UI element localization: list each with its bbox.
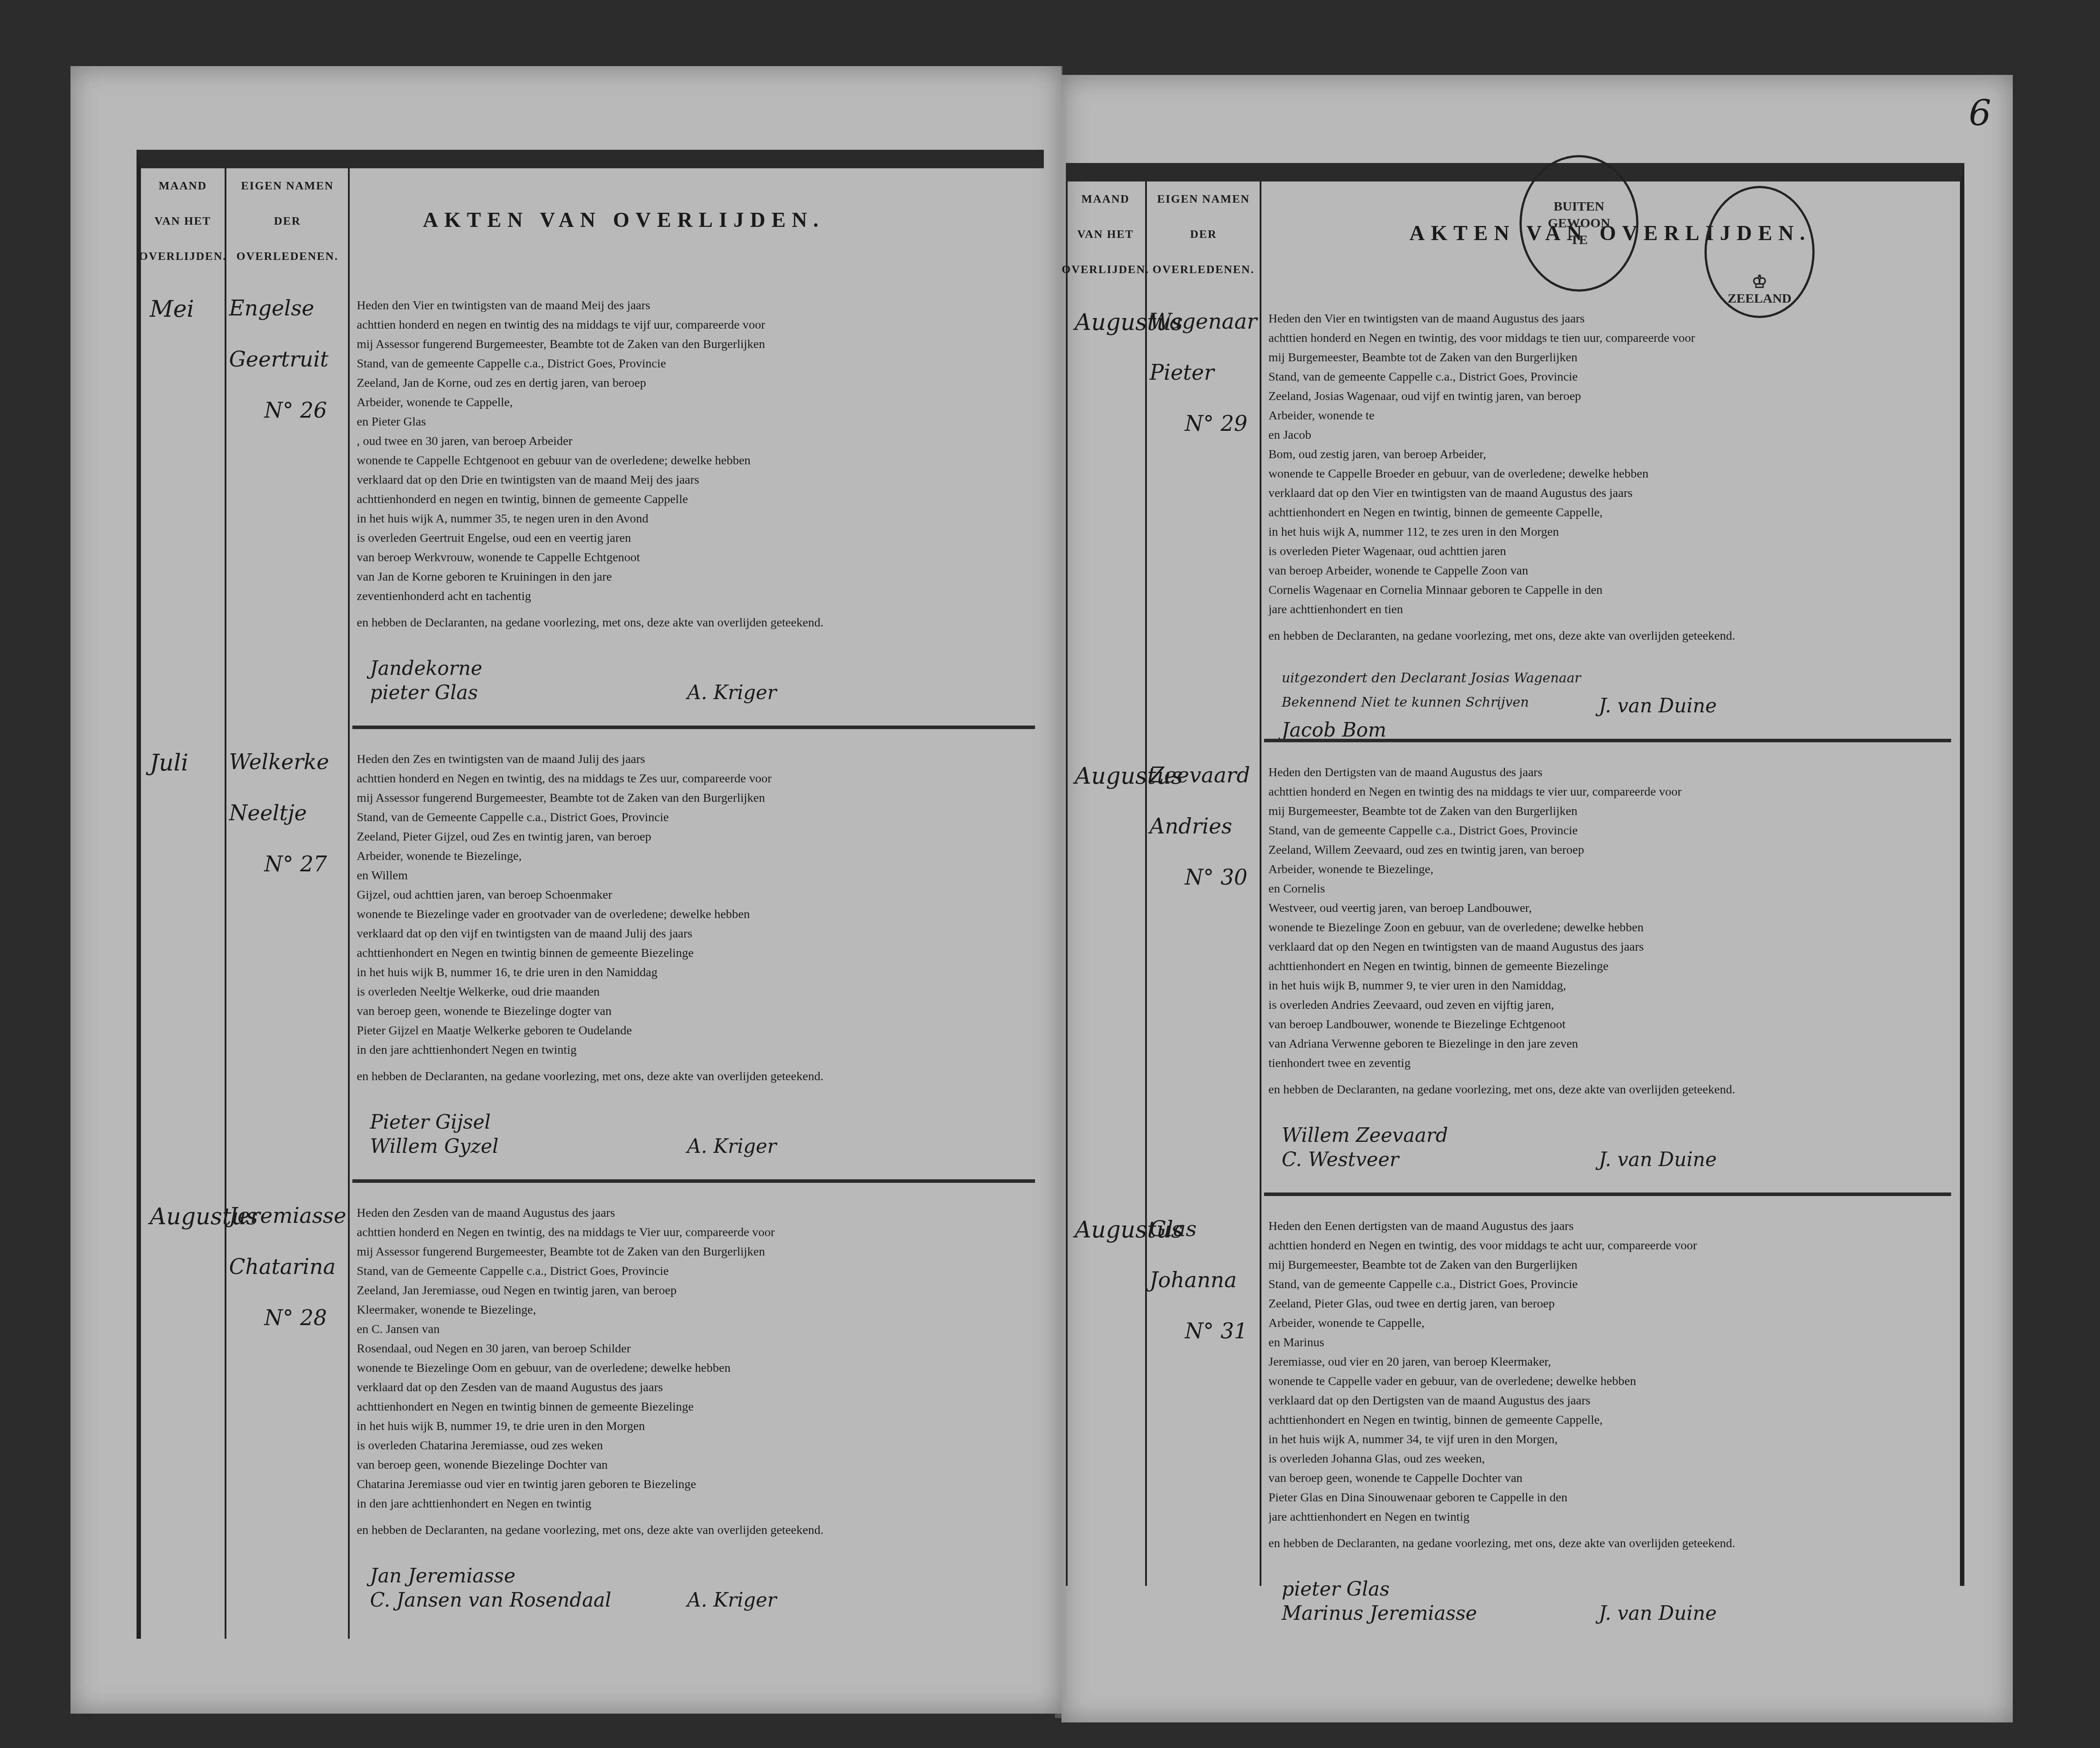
record-line: in het huis wijk B, nummer 9, te vier ur…: [1268, 976, 1956, 996]
deceased-name: JeremiasseChatarinaN° 28: [229, 1204, 346, 1330]
record-line: en Cornelis: [1268, 879, 1956, 899]
record-line: verklaard dat op den vijf en twintigsten…: [357, 924, 1031, 944]
record-separator: [352, 1179, 1035, 1183]
record-line: Zeeland, Pieter Gijzel, oud Zes en twint…: [357, 827, 1031, 847]
record-separator: [1264, 739, 1951, 742]
deceased-surname: Engelse: [229, 296, 329, 321]
deceased-surname: Wagenaar: [1150, 309, 1257, 334]
record-line: Heden den Zes en twintigsten van de maan…: [357, 750, 1031, 769]
record-line: Zeeland, Josias Wagenaar, oud vijf en tw…: [1268, 387, 1956, 406]
record-line: en hebben de Declaranten, na gedane voor…: [357, 1514, 1031, 1547]
header-text: VAN HET: [1077, 228, 1134, 241]
record-line: in den jare achttienhondert en Negen en …: [357, 1494, 1031, 1514]
record-line: wonende te Cappelle Broeder en gebuur, v…: [1268, 464, 1956, 484]
record-line: van Adriana Verwenne geboren te Biezelin…: [1268, 1034, 1956, 1054]
deceased-name: WagenaarPieterN° 29: [1150, 309, 1257, 436]
deceased-name: ZeevaardAndriesN° 30: [1150, 763, 1250, 890]
deceased-name: EngelseGeertruitN° 26: [229, 296, 329, 423]
record-line: is overleden Johanna Glas, oud zes weeke…: [1268, 1449, 1956, 1469]
record-line: achttien honderd en Negen en twintig, de…: [357, 1223, 1031, 1242]
stamp-text: GEWOON: [1548, 215, 1610, 232]
record-line: verklaard dat op den Zesden van de maand…: [357, 1378, 1031, 1397]
record-line: jare achttienhondert en Negen en twintig: [1268, 1507, 1956, 1527]
record-line: wonende te Cappelle Echtgenoot en gebuur…: [357, 451, 1031, 470]
signature: A. Kriger: [687, 1589, 776, 1611]
record-line: jare achttienhondert en tien: [1268, 600, 1956, 619]
record-line: mij Assessor fungerend Burgemeester, Bea…: [357, 1242, 1031, 1262]
record-line: Arbeider, wonende te Cappelle,: [357, 393, 1031, 412]
record-line: mij Assessor fungerend Burgemeester, Bea…: [357, 335, 1031, 354]
record-line: achttienhondert en Negen en twintig binn…: [357, 944, 1031, 963]
record-line: en Pieter Glas: [357, 412, 1031, 432]
record-line: verklaard dat op den Vier en twintigsten…: [1268, 484, 1956, 503]
deceased-surname: Jeremiasse: [229, 1204, 346, 1228]
death-record: AugustusWagenaarPieterN° 29Heden den Vie…: [1066, 292, 1960, 737]
record-line: achttienhondert en Negen en twintig, bin…: [1268, 957, 1956, 976]
header-text: DER: [274, 215, 301, 228]
record-line: Heden den Dertigsten van de maand August…: [1268, 763, 1956, 782]
record-line: achttien honderd en Negen en twintig, de…: [357, 769, 1031, 789]
signature: Jan Jeremiasse: [370, 1565, 515, 1587]
record-line: achttien honderd en Negen en twintig, de…: [1268, 329, 1956, 348]
header-text: VAN HET: [155, 215, 211, 228]
left-page: MAAND VAN HET OVERLIJDEN. EIGEN NAMEN DE…: [70, 66, 1061, 1714]
record-line: en Willem: [357, 866, 1031, 885]
record-separator: [352, 726, 1035, 729]
deceased-number: N° 29: [1150, 411, 1257, 436]
signature: C. Westveer: [1282, 1148, 1399, 1171]
signature: uitgezondert den Declarant Josias Wagena…: [1282, 670, 1581, 686]
record-line: achttien honderd en negen en twintig des…: [357, 315, 1031, 335]
deceased-name: WelkerkeNeeltjeN° 27: [229, 750, 329, 877]
signature: pieter Glas: [1282, 1578, 1390, 1600]
signature: A. Kriger: [687, 681, 776, 704]
record-line: en hebben de Declaranten, na gedane voor…: [357, 606, 1031, 639]
record-line: wonende te Biezelinge Zoon en gebuur, va…: [1268, 918, 1956, 937]
record-line: Pieter Glas en Dina Sinouwenaar geboren …: [1268, 1488, 1956, 1507]
deceased-given-name: Chatarina: [229, 1255, 346, 1279]
header-text: OVERLEDENEN.: [237, 250, 338, 263]
record-line: verklaard dat op den Negen en twintigste…: [1268, 937, 1956, 957]
record-line: achttienhonderd en negen en twintig, bin…: [357, 490, 1031, 509]
record-line: verklaard dat op den Drie en twintigsten…: [357, 470, 1031, 490]
record-line: en hebben de Declaranten, na gedane voor…: [357, 1060, 1031, 1093]
record-line: Zeeland, Willem Zeevaard, oud zes en twi…: [1268, 841, 1956, 860]
record-line: Cornelis Wagenaar en Cornelia Minnaar ge…: [1268, 581, 1956, 600]
record-line: mij Burgemeester, Beambte tot de Zaken v…: [1268, 1255, 1956, 1275]
record-line: Stand, van de gemeente Cappelle c.a., Di…: [357, 354, 1031, 374]
stamp-text: BUITEN: [1553, 198, 1604, 215]
deceased-number: N° 27: [229, 852, 329, 877]
tax-stamp-icon: BUITEN GEWOON TE: [1520, 155, 1638, 292]
death-record: JuliWelkerkeNeeltjeN° 27Heden den Zes en…: [141, 732, 1044, 1177]
record-line: Westveer, oud veertig jaren, van beroep …: [1268, 899, 1956, 918]
record-line: Stand, van de gemeente Cappelle c.a., Di…: [1268, 821, 1956, 841]
signature: Willem Zeevaard: [1282, 1124, 1448, 1147]
deceased-number: N° 28: [229, 1306, 346, 1330]
deceased-number: N° 30: [1150, 865, 1250, 890]
record-line: en hebben de Declaranten, na gedane voor…: [1268, 1527, 1956, 1560]
record-text: Heden den Dertigsten van de maand August…: [1268, 763, 1956, 1106]
header-text: DER: [1190, 228, 1217, 241]
record-line: Chatarina Jeremiasse oud vier en twintig…: [357, 1475, 1031, 1494]
record-line: Stand, van de gemeente Cappelle c.a., Di…: [1268, 1275, 1956, 1294]
record-line: Heden den Vier en twintigsten van de maa…: [1268, 309, 1956, 329]
signature: Pieter Gijsel: [370, 1111, 491, 1133]
record-line: van beroep geen, wonende te Cappelle Doc…: [1268, 1469, 1956, 1488]
signature: pieter Glas: [370, 681, 478, 704]
signature: J. van Duine: [1599, 695, 1717, 717]
record-line: en hebben de Declaranten, na gedane voor…: [1268, 619, 1956, 652]
record-line: Stand, van de Gemeente Cappelle c.a., Di…: [357, 1262, 1031, 1281]
record-line: van beroep Werkvrouw, wonende te Cappell…: [357, 548, 1031, 567]
record-line: is overleden Neeltje Welkerke, oud drie …: [357, 982, 1031, 1002]
record-line: tienhondert twee en zeventig: [1268, 1054, 1956, 1073]
stamp-text: TE: [1570, 232, 1588, 248]
record-line: in het huis wijk A, nummer 112, te zes u…: [1268, 522, 1956, 542]
deceased-given-name: Pieter: [1150, 360, 1257, 385]
record-month: Mei: [150, 296, 194, 322]
record-line: en hebben de Declaranten, na gedane voor…: [1268, 1073, 1956, 1106]
signature: J. van Duine: [1599, 1148, 1717, 1171]
header-text: MAAND: [1081, 193, 1130, 206]
record-line: Kleermaker, wonende te Biezelinge,: [357, 1300, 1031, 1320]
death-record: AugustusZeevaardAndriesN° 30Heden den De…: [1066, 745, 1960, 1190]
record-line: Jeremiasse, oud vier en 20 jaren, van be…: [1268, 1352, 1956, 1372]
signature: C. Jansen van Rosendaal: [370, 1589, 611, 1611]
record-line: achttien honderd en Negen en twintig des…: [1268, 782, 1956, 802]
death-record: AugustusJeremiasseChatarinaN° 28Heden de…: [141, 1186, 1044, 1631]
record-line: achttien honderd en Negen en twintig, de…: [1268, 1236, 1956, 1255]
record-line: van beroep geen, wonende te Biezelinge d…: [357, 1002, 1031, 1021]
record-line: Gijzel, oud achttien jaren, van beroep S…: [357, 885, 1031, 905]
deceased-surname: Glas: [1150, 1217, 1247, 1241]
page-title: AKTEN VAN OVERLIJDEN.: [423, 208, 824, 232]
left-page-frame: MAAND VAN HET OVERLIJDEN. EIGEN NAMEN DE…: [137, 150, 1044, 1639]
deceased-surname: Welkerke: [229, 750, 329, 774]
deceased-surname: Zeevaard: [1150, 763, 1250, 788]
record-line: is overleden Chatarina Jeremiasse, oud z…: [357, 1436, 1031, 1455]
record-line: Rosendaal, oud Negen en 30 jaren, van be…: [357, 1339, 1031, 1359]
signature: Willem Gyzel: [370, 1135, 499, 1158]
record-line: Pieter Gijzel en Maatje Welkerke geboren…: [357, 1021, 1031, 1041]
deceased-name: GlasJohannaN° 31: [1150, 1217, 1247, 1344]
record-line: verklaard dat op den Dertigsten van de m…: [1268, 1391, 1956, 1411]
header-maand: MAAND VAN HET OVERLIJDEN.: [141, 168, 225, 274]
deceased-given-name: Johanna: [1150, 1268, 1247, 1292]
record-line: en Marinus: [1268, 1333, 1956, 1352]
record-line: Zeeland, Jan de Korne, oud zes en dertig…: [357, 374, 1031, 393]
right-page-frame: MAAND VAN HET OVERLIJDEN. EIGEN NAMEN DE…: [1066, 163, 1964, 1586]
record-line: van beroep geen, wonende Biezelinge Doch…: [357, 1455, 1031, 1475]
signature: Jandekorne: [370, 657, 482, 680]
record-line: zeventienhonderd acht en tachentig: [357, 587, 1031, 606]
record-line: is overleden Andries Zeevaard, oud zeven…: [1268, 996, 1956, 1015]
record-line: wonende te Cappelle vader en gebuur, van…: [1268, 1372, 1956, 1391]
header-text: OVERLIJDEN.: [1062, 263, 1150, 276]
death-record: AugustusGlasJohannaN° 31Heden den Eenen …: [1066, 1199, 1960, 1644]
signature: A. Kriger: [687, 1135, 776, 1158]
record-line: in het huis wijk B, nummer 19, te drie u…: [357, 1417, 1031, 1436]
header-eigen-namen: EIGEN NAMEN DER OVERLEDENEN.: [1147, 181, 1260, 287]
record-line: in het huis wijk B, nummer 16, te drie u…: [357, 963, 1031, 982]
record-line: Heden den Vier en twintigsten van de maa…: [357, 296, 1031, 315]
record-line: achttienhondert en Negen en twintig, bin…: [1268, 1411, 1956, 1430]
folio-number: 6: [1969, 93, 1991, 133]
header-eigen-namen: EIGEN NAMEN DER OVERLEDENEN.: [227, 168, 348, 274]
record-line: is overleden Pieter Wagenaar, oud achtti…: [1268, 542, 1956, 561]
record-line: mij Burgemeester, Beambte tot de Zaken v…: [1268, 802, 1956, 821]
header-text: EIGEN NAMEN: [1157, 193, 1250, 206]
record-line: Zeeland, Pieter Glas, oud twee en dertig…: [1268, 1294, 1956, 1314]
record-month: Juli: [150, 750, 189, 776]
deceased-given-name: Geertruit: [229, 347, 329, 372]
deceased-number: N° 31: [1150, 1319, 1247, 1344]
crown-icon: ♔: [1752, 274, 1767, 290]
right-page: 6 MAAND VAN HET OVERLIJDEN. EIGEN NAMEN …: [1061, 75, 2013, 1722]
signature: Marinus Jeremiasse: [1282, 1602, 1477, 1625]
record-line: Stand, van de Gemeente Cappelle c.a., Di…: [357, 808, 1031, 827]
record-line: in den jare achttienhondert Negen en twi…: [357, 1041, 1031, 1060]
header-text: EIGEN NAMEN: [241, 179, 334, 193]
record-line: Arbeider, wonende te Biezelinge,: [1268, 860, 1956, 879]
header-text: MAAND: [159, 179, 207, 193]
record-line: Arbeider, wonende te Biezelinge,: [357, 847, 1031, 866]
record-text: Heden den Zes en twintigsten van de maan…: [357, 750, 1031, 1093]
signature: Jacob Bom: [1282, 719, 1386, 741]
record-line: en C. Jansen van: [357, 1320, 1031, 1339]
record-line: Heden den Zesden van de maand Augustus d…: [357, 1204, 1031, 1223]
signature: J. van Duine: [1599, 1602, 1717, 1625]
record-line: achttienhondert en Negen en twintig, bin…: [1268, 503, 1956, 522]
record-line: mij Burgemeester, Beambte tot de Zaken v…: [1268, 348, 1956, 367]
record-line: Zeeland, Jan Jeremiasse, oud Negen en tw…: [357, 1281, 1031, 1300]
record-line: is overleden Geertruit Engelse, oud een …: [357, 529, 1031, 548]
record-text: Heden den Zesden van de maand Augustus d…: [357, 1204, 1031, 1547]
record-line: van beroep Landbouwer, wonende te Biezel…: [1268, 1015, 1956, 1034]
record-line: Stand, van de gemeente Cappelle c.a., Di…: [1268, 367, 1956, 387]
death-record: MeiEngelseGeertruitN° 26Heden den Vier e…: [141, 278, 1044, 723]
record-text: Heden den Vier en twintigsten van de maa…: [1268, 309, 1956, 652]
record-line: Arbeider, wonende te Cappelle,: [1268, 1314, 1956, 1333]
record-line: van Jan de Korne geboren te Kruiningen i…: [357, 567, 1031, 587]
record-line: Bom, oud zestig jaren, van beroep Arbeid…: [1268, 445, 1956, 464]
record-line: wonende te Biezelinge Oom en gebuur, van…: [357, 1359, 1031, 1378]
deceased-number: N° 26: [229, 398, 329, 423]
header-text: OVERLEDENEN.: [1153, 263, 1254, 276]
record-line: , oud twee en 30 jaren, van beroep Arbei…: [357, 432, 1031, 451]
signature: Bekennend Niet te kunnen Schrijven: [1282, 695, 1529, 710]
record-line: achttienhondert en Negen en twintig binn…: [357, 1397, 1031, 1417]
record-text: Heden den Vier en twintigsten van de maa…: [357, 296, 1031, 639]
record-line: van beroep Arbeider, wonende te Cappelle…: [1268, 561, 1956, 581]
record-line: en Jacob: [1268, 426, 1956, 445]
record-line: Arbeider, wonende te: [1268, 406, 1956, 426]
record-line: in het huis wijk A, nummer 34, te vijf u…: [1268, 1430, 1956, 1449]
record-line: wonende te Biezelinge vader en grootvade…: [357, 905, 1031, 924]
record-text: Heden den Eenen dertigsten van de maand …: [1268, 1217, 1956, 1560]
record-line: Heden den Eenen dertigsten van de maand …: [1268, 1217, 1956, 1236]
deceased-given-name: Neeltje: [229, 801, 329, 826]
record-line: in het huis wijk A, nummer 35, te negen …: [357, 509, 1031, 529]
header-maand: MAAND VAN HET OVERLIJDEN.: [1066, 181, 1145, 287]
record-line: mij Assessor fungerend Burgemeester, Bea…: [357, 789, 1031, 808]
header-text: OVERLIJDEN.: [139, 250, 227, 263]
deceased-given-name: Andries: [1150, 814, 1250, 839]
record-separator: [1264, 1192, 1951, 1196]
